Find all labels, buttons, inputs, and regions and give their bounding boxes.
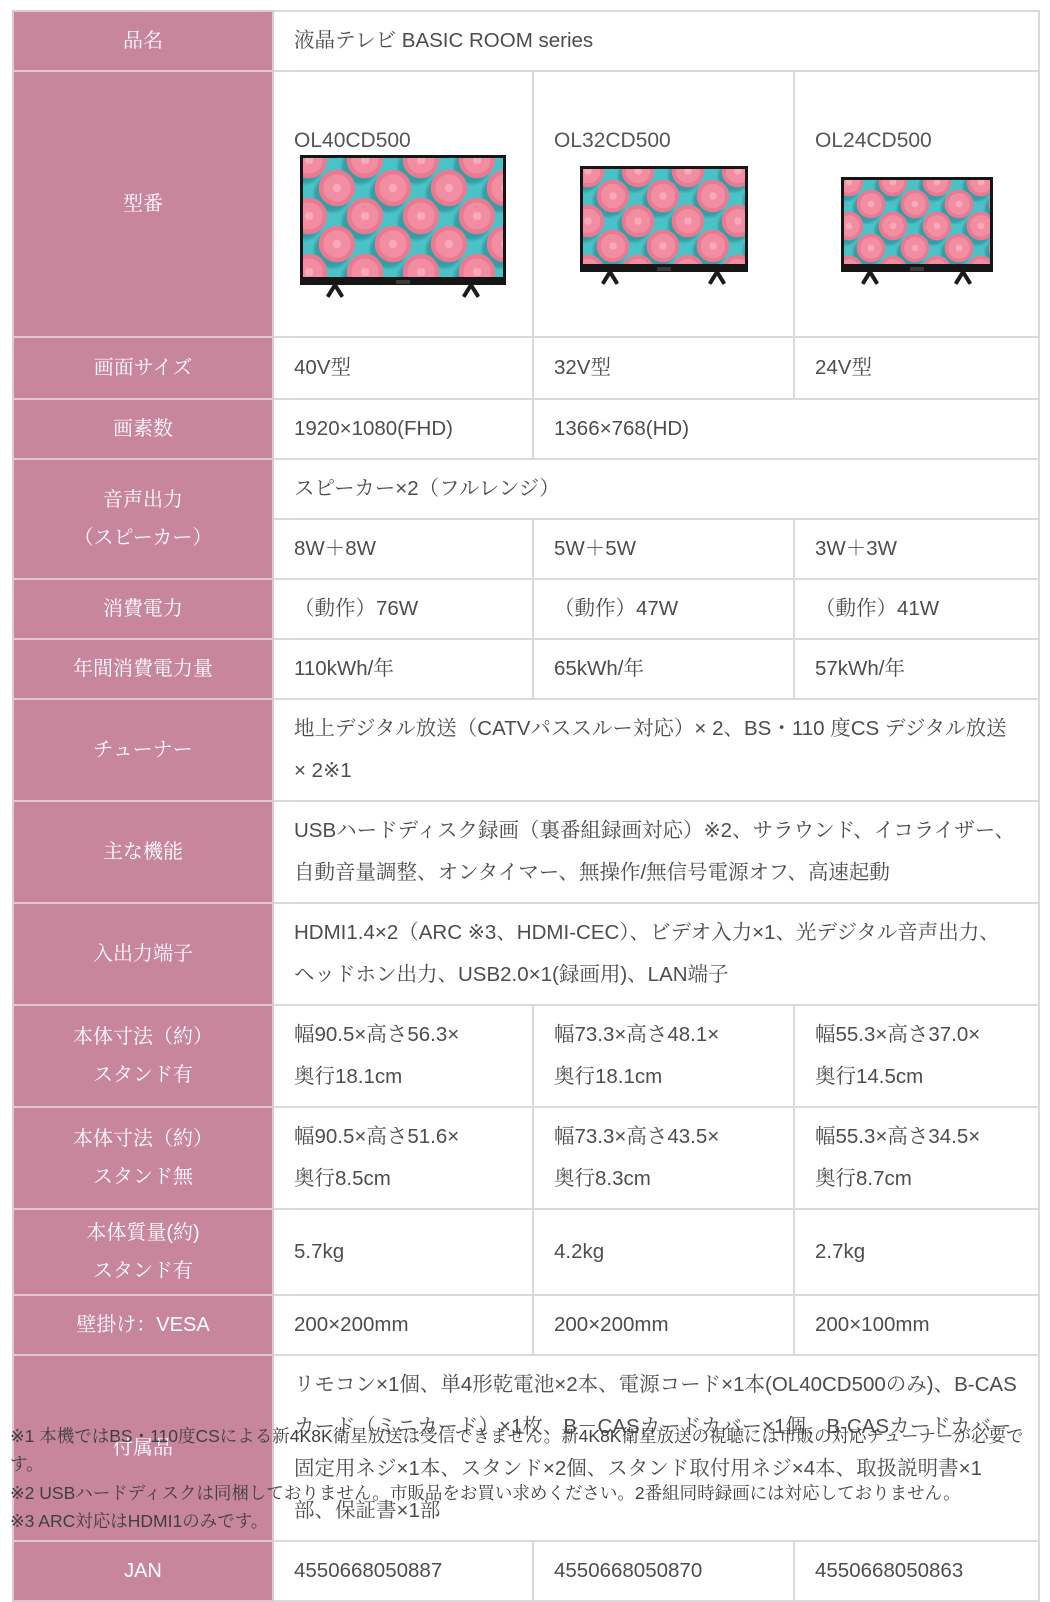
value-vesa-32: 200×200mm	[533, 1295, 794, 1355]
row-main-features: 主な機能 USBハードディスク録画（裏番組録画対応）※2、サラウンド、イコライザ…	[13, 801, 1039, 903]
tv-spec-table: 品名 液晶テレビ BASIC ROOM series 型番 OL40CD500	[12, 10, 1040, 1602]
label-io-terminals: 入出力端子	[13, 903, 273, 1005]
tv-screen-flower-pattern	[580, 166, 748, 272]
tv-foot-right	[457, 285, 485, 299]
tv-product-image-32v	[580, 166, 748, 286]
footnotes: ※1 本機ではBS・110度CSによる新4K8K衛星放送は受信できません。新4K…	[10, 1422, 1046, 1535]
value-dims-nostand-32: 幅73.3×高さ43.5× 奥行8.3cm	[533, 1107, 794, 1209]
value-jan-32: 4550668050870	[533, 1541, 794, 1601]
value-annual-power-40: 110kWh/年	[273, 639, 533, 699]
footnote-1: ※1 本機ではBS・110度CSによる新4K8K衛星放送は受信できません。新4K…	[10, 1422, 1046, 1479]
value-main-features: USBハードディスク録画（裏番組録画対応）※2、サラウンド、イコライザー、自動音…	[273, 801, 1039, 903]
value-annual-power-24: 57kWh/年	[794, 639, 1039, 699]
label-model: 型番	[13, 71, 273, 337]
label-product-name: 品名	[13, 11, 273, 71]
model-name: OL32CD500	[554, 126, 773, 155]
value-audio-32: 5W＋5W	[533, 519, 794, 579]
model-name: OL24CD500	[815, 126, 1018, 155]
cell-model-ol24cd500: OL24CD500	[794, 71, 1039, 337]
row-annual-power: 年間消費電力量 110kWh/年 65kWh/年 57kWh/年	[13, 639, 1039, 699]
tv-stand-feet	[321, 285, 486, 299]
value-weight-24: 2.7kg	[794, 1209, 1039, 1295]
label-vesa: 壁掛け：VESA	[13, 1295, 273, 1355]
value-dims-stand-40: 幅90.5×高さ56.3× 奥行18.1cm	[273, 1005, 533, 1107]
row-resolution: 画素数 1920×1080(FHD) 1366×768(HD)	[13, 399, 1039, 459]
value-screen-size-32: 32V型	[533, 337, 794, 399]
row-tuner: チューナー 地上デジタル放送（CATVパススルー対応）× 2、BS・110 度C…	[13, 699, 1039, 801]
value-annual-power-32: 65kWh/年	[533, 639, 794, 699]
value-tuner: 地上デジタル放送（CATVパススルー対応）× 2、BS・110 度CS デジタル…	[273, 699, 1039, 801]
row-power-consumption: 消費電力 （動作）76W （動作）47W （動作）41W	[13, 579, 1039, 639]
label-weight: 本体質量(約) スタンド有	[13, 1209, 273, 1295]
row-dimensions-without-stand: 本体寸法（約） スタンド無 幅90.5×高さ51.6× 奥行8.5cm 幅73.…	[13, 1107, 1039, 1209]
value-resolution-hd: 1366×768(HD)	[533, 399, 1039, 459]
label-jan: JAN	[13, 1541, 273, 1601]
label-screen-size: 画面サイズ	[13, 337, 273, 399]
row-io-terminals: 入出力端子 HDMI1.4×2（ARC ※3、HDMI-CEC）、ビデオ入力×1…	[13, 903, 1039, 1005]
value-audio-40: 8W＋8W	[273, 519, 533, 579]
tv-foot-left	[596, 272, 624, 286]
label-tuner: チューナー	[13, 699, 273, 801]
label-main-features: 主な機能	[13, 801, 273, 903]
value-product-name: 液晶テレビ BASIC ROOM series	[273, 11, 1039, 71]
value-screen-size-24: 24V型	[794, 337, 1039, 399]
value-dims-stand-32: 幅73.3×高さ48.1× 奥行18.1cm	[533, 1005, 794, 1107]
value-weight-32: 4.2kg	[533, 1209, 794, 1295]
tv-screen-flower-pattern	[841, 177, 993, 272]
label-dimensions-without-stand: 本体寸法（約） スタンド無	[13, 1107, 273, 1209]
value-weight-40: 5.7kg	[273, 1209, 533, 1295]
footnote-2: ※2 USBハードディスクは同梱しておりません。市販品をお買い求めください。2番…	[10, 1479, 1046, 1507]
label-power-consumption: 消費電力	[13, 579, 273, 639]
tv-stand-feet	[596, 272, 730, 286]
value-dims-nostand-24: 幅55.3×高さ34.5× 奥行8.7cm	[794, 1107, 1039, 1209]
value-jan-40: 4550668050887	[273, 1541, 533, 1601]
label-dimensions-with-stand: 本体寸法（約） スタンド有	[13, 1005, 273, 1107]
row-screen-size: 画面サイズ 40V型 32V型 24V型	[13, 337, 1039, 399]
value-power-40: （動作）76W	[273, 579, 533, 639]
value-vesa-24: 200×100mm	[794, 1295, 1039, 1355]
tv-stand-feet	[856, 272, 978, 286]
tv-foot-left	[321, 285, 349, 299]
value-io-terminals: HDMI1.4×2（ARC ※3、HDMI-CEC）、ビデオ入力×1、光デジタル…	[273, 903, 1039, 1005]
value-dims-stand-24: 幅55.3×高さ37.0× 奥行14.5cm	[794, 1005, 1039, 1107]
value-dims-nostand-40: 幅90.5×高さ51.6× 奥行8.5cm	[273, 1107, 533, 1209]
row-product-name: 品名 液晶テレビ BASIC ROOM series	[13, 11, 1039, 71]
cell-model-ol32cd500: OL32CD500	[533, 71, 794, 337]
row-vesa: 壁掛け：VESA 200×200mm 200×200mm 200×100mm	[13, 1295, 1039, 1355]
value-screen-size-40: 40V型	[273, 337, 533, 399]
tv-product-image-24v	[841, 177, 993, 286]
label-audio-output: 音声出力 （スピーカー）	[13, 459, 273, 579]
row-model: 型番 OL40CD500	[13, 71, 1039, 337]
cell-model-ol40cd500: OL40CD500	[273, 71, 533, 337]
model-name: OL40CD500	[294, 126, 512, 155]
label-resolution: 画素数	[13, 399, 273, 459]
tv-foot-left	[856, 272, 884, 286]
value-resolution-fhd: 1920×1080(FHD)	[273, 399, 533, 459]
value-speaker-type: スピーカー×2（フルレンジ）	[273, 459, 1039, 519]
row-dimensions-with-stand: 本体寸法（約） スタンド有 幅90.5×高さ56.3× 奥行18.1cm 幅73…	[13, 1005, 1039, 1107]
value-vesa-40: 200×200mm	[273, 1295, 533, 1355]
label-annual-power: 年間消費電力量	[13, 639, 273, 699]
value-audio-24: 3W＋3W	[794, 519, 1039, 579]
tv-product-image-40v	[300, 155, 506, 299]
tv-screen-flower-pattern	[300, 155, 506, 285]
row-weight: 本体質量(約) スタンド有 5.7kg 4.2kg 2.7kg	[13, 1209, 1039, 1295]
value-power-32: （動作）47W	[533, 579, 794, 639]
tv-foot-right	[703, 272, 731, 286]
value-jan-24: 4550668050863	[794, 1541, 1039, 1601]
tv-foot-right	[949, 272, 977, 286]
spec-sheet-page: 品名 液晶テレビ BASIC ROOM series 型番 OL40CD500	[0, 0, 1050, 1500]
footnote-3: ※3 ARC対応はHDMI1のみです。	[10, 1507, 1046, 1535]
value-power-24: （動作）41W	[794, 579, 1039, 639]
row-audio-speaker: 音声出力 （スピーカー） スピーカー×2（フルレンジ）	[13, 459, 1039, 519]
row-jan: JAN 4550668050887 4550668050870 45506680…	[13, 1541, 1039, 1601]
